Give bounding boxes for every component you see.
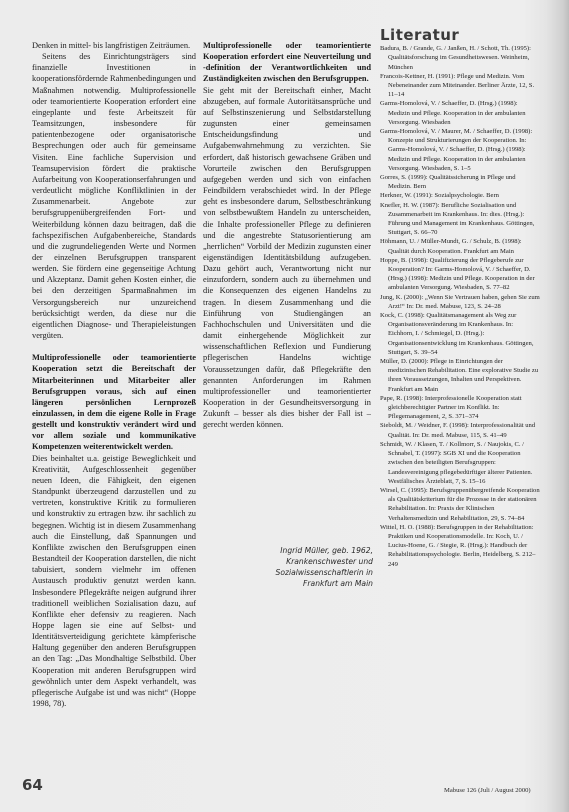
reference-item: Francois-Kettner, H. (1991): Pflege und … <box>380 72 540 100</box>
reference-item: Pape, R. (1998): Interprofessionelle Koo… <box>380 394 540 422</box>
reference-item: Wirsel, C. (1995): Berufsgruppenübergrei… <box>380 486 540 523</box>
literature-column: Literatur Badura, B. / Grande, G. / Janß… <box>380 30 540 569</box>
paragraph: Sie geht mit der Bereitschaft einher, Ma… <box>203 85 371 431</box>
document-page: Denken in mittel- bis langfristigen Zeit… <box>0 0 569 812</box>
page-number: 64 <box>22 776 43 794</box>
author-profession: Krankenschwester und <box>253 556 373 567</box>
reference-item: Sieboldt, M. / Weidner, F. (1998): Inter… <box>380 421 540 439</box>
reference-item: Schmidt, W. / Klasen, T. / Kollmorr, S. … <box>380 440 540 486</box>
author-name: Ingrid Müller, geb. 1962, <box>253 545 373 556</box>
literature-heading: Literatur <box>380 30 540 41</box>
reference-item: Badura, B. / Grande, G. / Janßen, H. / S… <box>380 44 540 72</box>
middle-column: Multiprofessionelle oder teamorientierte… <box>203 40 371 430</box>
reference-item: Gorres, S. (1999): Qualitätssicherung in… <box>380 173 540 191</box>
spacer <box>32 341 196 352</box>
paragraph: Denken in mittel- bis langfristigen Zeit… <box>32 40 196 51</box>
reference-item: Herkner, W. (1991): Sozialpsychologie. B… <box>380 191 540 200</box>
reference-item: Garms-Homolová, V. / Maurer, M. / Schaef… <box>380 127 540 173</box>
reference-item: Garms-Homolová, V. / Schaeffer, D. (Hrsg… <box>380 99 540 127</box>
reference-item: Höhmann, U. / Müller-Mundt, G. / Schulz,… <box>380 237 540 255</box>
author-signature: Ingrid Müller, geb. 1962, Krankenschwest… <box>253 545 373 589</box>
paragraph: Dies beinhaltet u.a. geistige Beweglichk… <box>32 453 196 710</box>
left-column: Denken in mittel- bis langfristigen Zeit… <box>32 40 196 709</box>
author-location: Frankfurt am Main <box>253 578 373 589</box>
reference-item: Müller, D. (2000): Pflege in Einrichtung… <box>380 357 540 394</box>
reference-item: Wittel, H. O. (1988): Berufsgruppen in d… <box>380 523 540 569</box>
journal-footer: Mabuse 126 (Juli / August 2000) <box>444 787 531 794</box>
reference-item: Knefler, H. W. (1987): Berufliche Sozial… <box>380 201 540 238</box>
author-profession-2: Sozialwissenschaftlerin in <box>253 567 373 578</box>
reference-item: Hoppe, B. (1998): Qualifizierung der Pfl… <box>380 256 540 293</box>
reference-item: Kock, C. (1998): Qualitätsmanagement als… <box>380 311 540 357</box>
bold-lead-paragraph: Multiprofessionelle oder teamorientierte… <box>32 352 196 452</box>
reference-item: Jung, K. (2000): „Wenn Sie Vertrauen hab… <box>380 293 540 311</box>
paragraph: Seitens des Einrichtungsträgers sind fin… <box>32 51 196 341</box>
bold-lead-paragraph: Multiprofessionelle oder teamorientierte… <box>203 40 371 85</box>
